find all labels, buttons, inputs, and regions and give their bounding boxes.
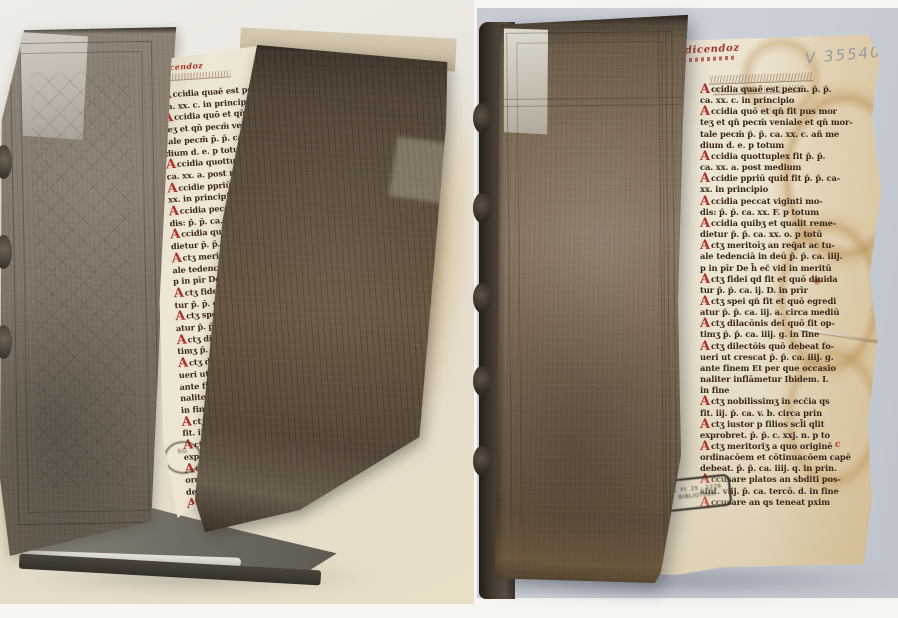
leather-covered-board: [493, 12, 693, 594]
bare-wooden-board: [188, 40, 454, 540]
board-bottom-bevel: [188, 40, 454, 540]
loose-board-wrap: [477, 8, 898, 598]
board-bottom-bevel: [493, 12, 693, 594]
photo-left-book-closed: dicendoz Accidia quaē est pecm̄. p̄. p̄.…: [0, 0, 474, 604]
screenshot-two-photos-of-incunable: dicendoz Accidia quaē est pecm̄. p̄. p̄.…: [0, 0, 898, 618]
photo-right-book-open-board-shifted: dicendoz V 35540 Accidia quaē est pecm̄.…: [477, 8, 898, 598]
loose-board-wrap: [0, 0, 474, 604]
